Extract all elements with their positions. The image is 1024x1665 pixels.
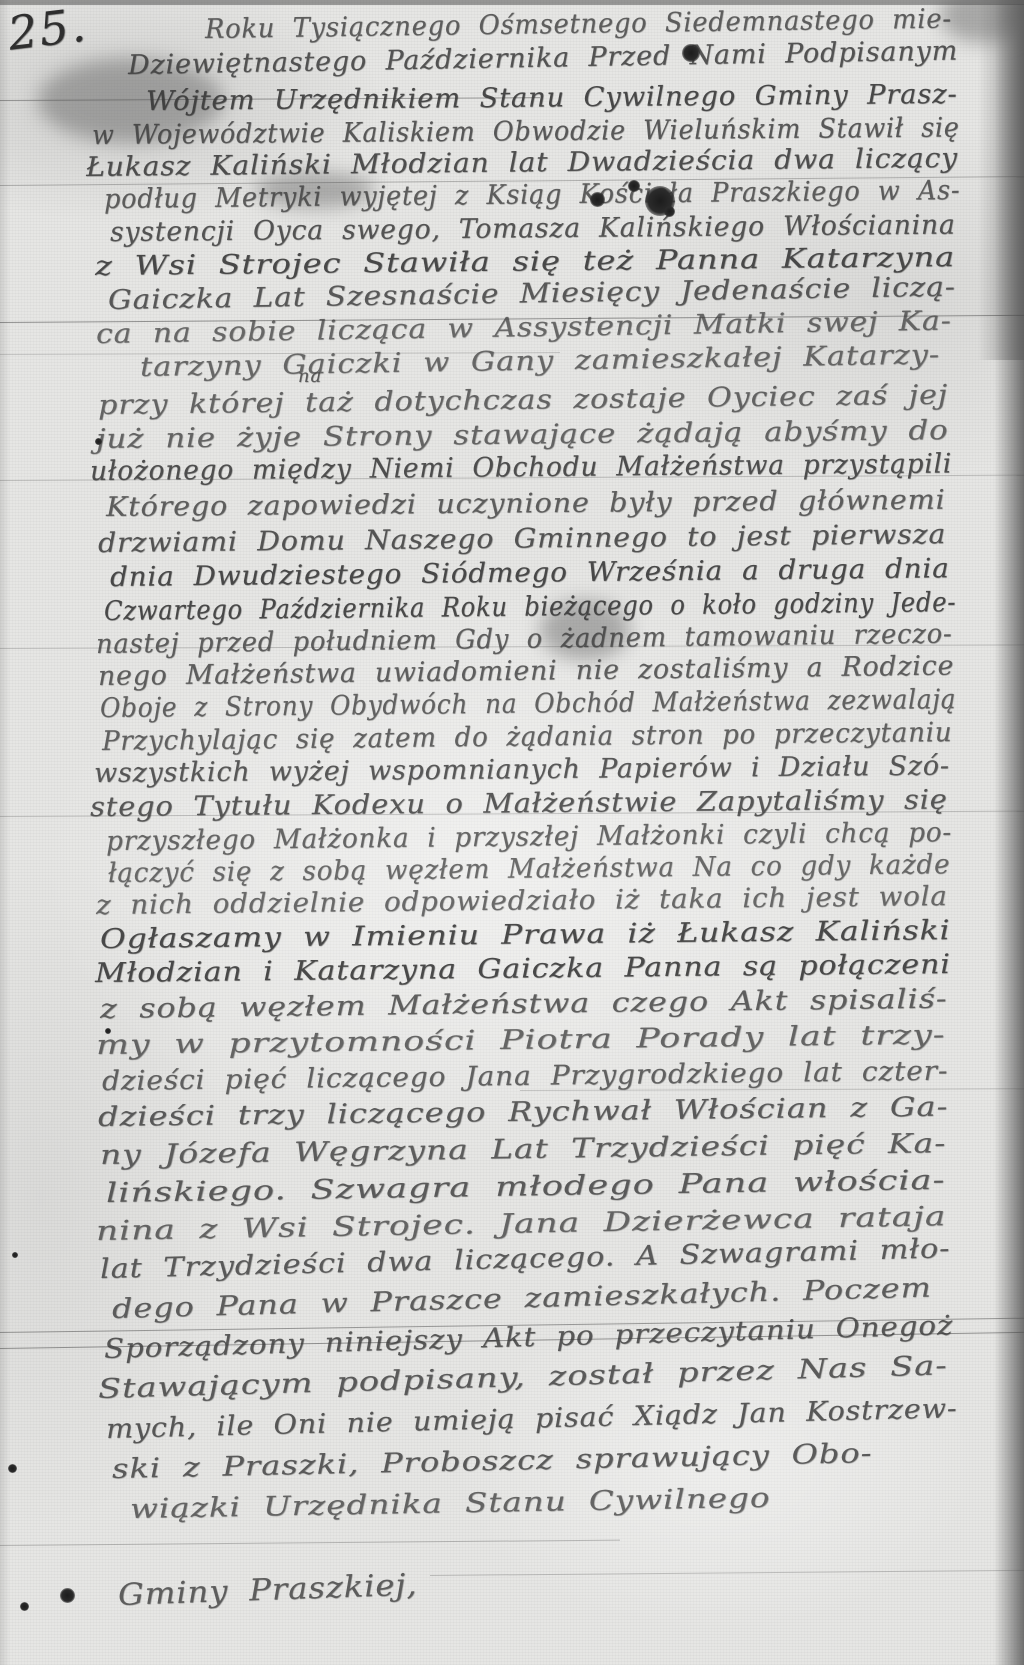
page-right-edge-shadow (994, 0, 1024, 1665)
handwritten-line: Ogłaszamy w Imieniu Prawa iż Łukasz Kali… (100, 915, 951, 955)
scanned-document-page: 25. Roku Tysiącznego Ośmsetnego Siedemna… (0, 0, 1024, 1665)
ink-blot (590, 192, 605, 207)
act-number: 25. (5, 0, 90, 61)
ink-blot (628, 180, 640, 192)
handwritten-line: Młodzian i Katarzyna Gaiczka Panna są po… (95, 949, 951, 989)
handwritten-line: Którego zapowiedzi uczynione były przed … (106, 485, 946, 523)
handwritten-line: na (298, 366, 322, 387)
handwritten-line: drzwiami Domu Naszego Gminnego to jest p… (98, 519, 946, 559)
ink-blot (12, 1252, 18, 1258)
handwritten-line: Wójtem Urzędnikiem Stanu Cywilnego Gminy… (146, 79, 958, 117)
handwritten-line: dnia Dwudziestego Siódmego Września a dr… (110, 553, 950, 593)
ink-blot (105, 1028, 111, 1034)
handwritten-line: przy której taż dotychczas zostaje Oycie… (98, 380, 948, 421)
ink-blot (60, 1588, 75, 1603)
handwritten-line: ułożonego między Niemi Obchodu Małżeństw… (90, 448, 952, 487)
handwritten-line: z sobą węzłem Małżeństwa czego Akt spisa… (100, 984, 948, 1025)
ink-blot (664, 206, 675, 217)
ink-blot (20, 1602, 29, 1611)
ruled-line (430, 1570, 1024, 1576)
handwritten-line: systencji Oyca swego, Tomasza Kalińskieg… (110, 210, 956, 248)
ink-blot (8, 1464, 17, 1473)
handwritten-line: stego Tytułu Kodexu o Małżeństwie Zapyta… (90, 785, 948, 823)
handwritten-line: wiązki Urzędnika Stanu Cywilnego (130, 1483, 771, 1525)
handwritten-line: dzieści trzy liczącego Rychwał Włościan … (98, 1092, 949, 1133)
handwritten-line: Gminy Praszkiej, (117, 1568, 418, 1613)
ink-blot (682, 44, 700, 62)
handwritten-line: ski z Praszki, Proboszcz sprawujący Obo- (112, 1438, 873, 1485)
ink-blot (95, 438, 102, 445)
handwritten-line: dzieści pięć liczącego Jana Przygrodzkie… (102, 1056, 949, 1097)
handwritten-line: wszystkich wyżej wspomnianych Papierów i… (94, 751, 950, 789)
handwritten-line: my w przytomności Piotra Porady lat trzy… (96, 1020, 946, 1061)
handwritten-line: ny Józefa Węgrzyna Lat Trzydzieści pięć … (100, 1128, 947, 1171)
ruled-line (0, 1540, 620, 1546)
page-left-edge-shadow (0, 0, 10, 1665)
